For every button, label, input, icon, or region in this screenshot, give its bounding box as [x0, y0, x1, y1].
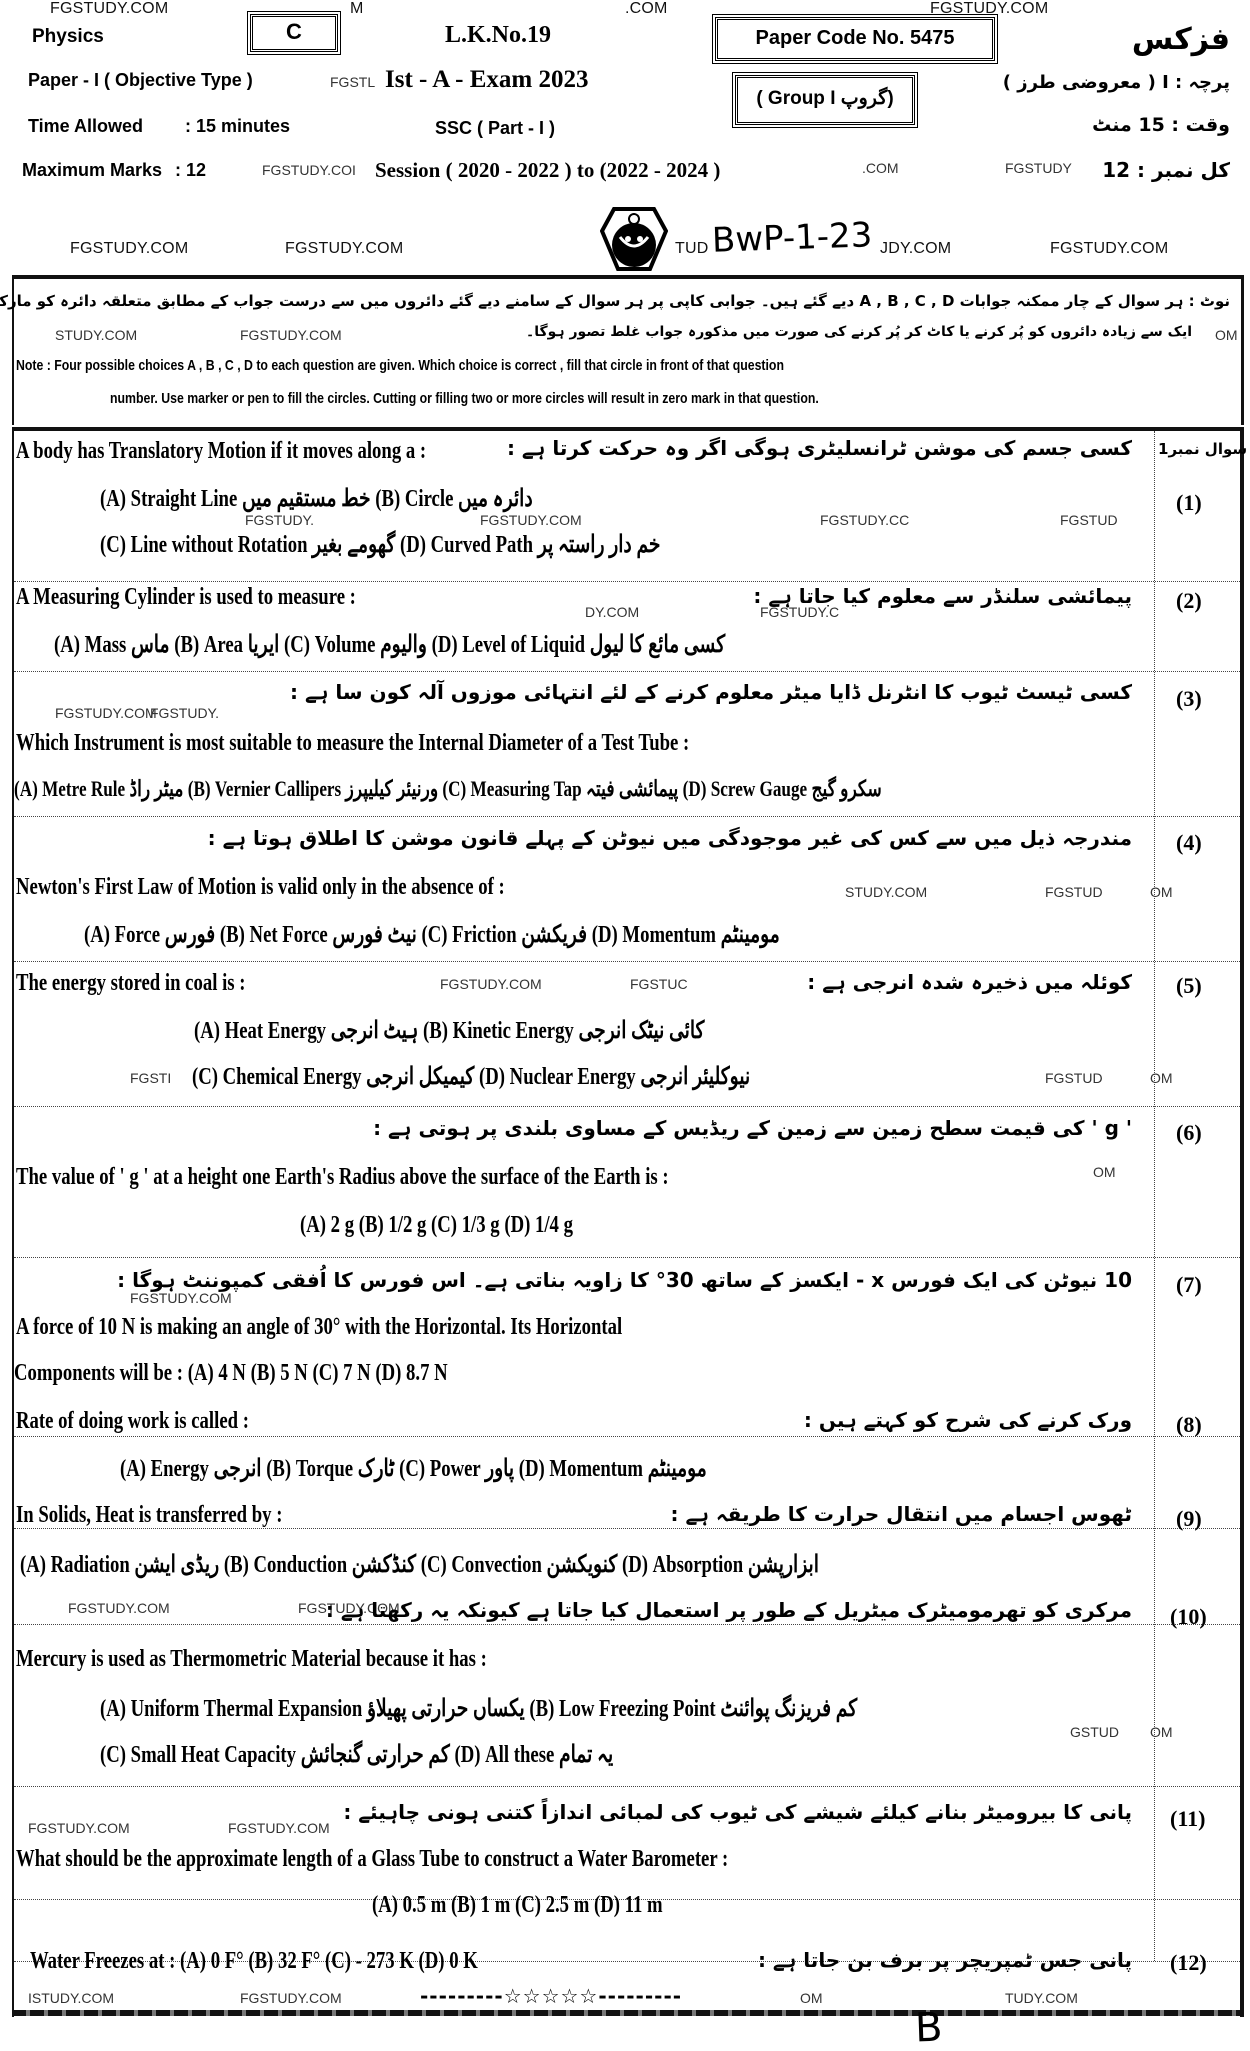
question-3-urdu: کسی ٹیسٹ ٹیوب کا انٹرنل ڈایا میٹر معلوم …	[290, 680, 1132, 704]
question-10-options-c-d: (C) Small Heat Capacity کم حرارتی گنجائش…	[100, 1740, 613, 1769]
watermark: FGSTUDY	[1005, 160, 1072, 176]
watermark: OM	[800, 1990, 823, 2006]
question-10-urdu: مرکری کو تھرمومیٹرک میٹریل کے طور پر است…	[326, 1598, 1132, 1622]
question-5-options-c-d: (C) Chemical Energy کیمیکل انرجی (D) Nuc…	[192, 1062, 750, 1091]
question-11-options: (A) 0.5 m (B) 1 m (C) 2.5 m (D) 11 m	[372, 1892, 663, 1919]
watermark: FGSTUDY.COM	[285, 240, 403, 258]
question-number: (8)	[1176, 1412, 1202, 1438]
question-1-urdu: کسی جسم کی موشن ٹرانسلیٹری ہوگی اگر وہ ح…	[507, 436, 1132, 460]
watermark: FGSTUD	[1045, 884, 1103, 900]
question-number: (4)	[1176, 830, 1202, 856]
watermark: STUDY.COM	[55, 327, 137, 343]
handwritten-mark: B	[914, 2005, 943, 2051]
watermark: FGSTUDY.	[245, 512, 314, 528]
watermark: TUDY.COM	[1005, 1990, 1078, 2006]
question-8-options: (A) Energy انرجی (B) Torque ٹارک (C) Pow…	[120, 1454, 707, 1483]
watermark: FGSTUC	[630, 976, 688, 992]
board-logo-icon	[600, 205, 668, 275]
question-1-options-c-d: (C) Line without Rotation گھومے بغیر (D)…	[100, 530, 660, 559]
question-5-options-a-b: (A) Heat Energy ہیٹ انرجی (B) Kinetic En…	[194, 1016, 704, 1045]
question-7-english: A force of 10 N is making an angle of 30…	[16, 1314, 622, 1341]
watermark: ISTUDY.COM	[28, 1990, 114, 2006]
row-divider	[14, 671, 1240, 672]
section-label: سوال نمبر1	[1158, 440, 1247, 458]
watermark: FGSTUDY.COM	[70, 240, 188, 258]
watermark: OM	[1215, 327, 1238, 343]
question-number: (1)	[1176, 490, 1202, 516]
watermark: FGSTUDY.COI	[262, 162, 356, 178]
question-10-options-a-b: (A) Uniform Thermal Expansion یکساں حرار…	[100, 1694, 857, 1723]
note-urdu-line1: نوٹ : ہر سوال کے چار ممکنہ جوابات A , B …	[0, 292, 1230, 310]
watermark: STUDY.COM	[845, 884, 927, 900]
question-number: (11)	[1170, 1806, 1205, 1832]
version-box: C	[250, 14, 338, 52]
watermark: FGSTUD	[1045, 1070, 1103, 1086]
watermark: FGSTUDY.COM	[50, 0, 168, 18]
question-9-english: In Solids, Heat is transferred by :	[16, 1502, 282, 1529]
max-marks-value: : 12	[175, 160, 206, 181]
watermark: M	[350, 0, 364, 18]
question-6-english: The value of ' g ' at a height one Earth…	[16, 1164, 669, 1191]
watermark: OM	[1093, 1164, 1116, 1180]
end-of-paper-stars: ---------☆☆☆☆☆---------	[420, 1984, 682, 2008]
note-english-line2: number. Use marker or pen to fill the ci…	[110, 390, 819, 407]
question-6-urdu: ' g ' کی قیمت سطح زمین سے زمین کے ریڈیس …	[373, 1116, 1132, 1140]
watermark: TUD	[675, 240, 708, 258]
watermark: FGSTUDY.COM	[240, 1990, 342, 2006]
row-divider	[14, 581, 1240, 582]
subject-english: Physics	[32, 26, 104, 48]
group-label: ( Group I گروپ)	[756, 88, 893, 109]
question-11-urdu: پانی کا بیرومیٹر بنانے کیلئے شیشے کی ٹیو…	[343, 1800, 1132, 1824]
row-divider	[14, 816, 1240, 817]
session: Session ( 2020 - 2022 ) to (2022 - 2024 …	[375, 158, 720, 183]
question-number: (9)	[1176, 1506, 1202, 1532]
row-divider	[14, 961, 1240, 962]
row-divider	[14, 1436, 1240, 1437]
question-4-options: (A) Force فورس (B) Net Force نیٹ فورس (C…	[84, 920, 780, 949]
watermark: FGSTUDY.COM	[28, 1820, 130, 1836]
watermark: .COM	[625, 0, 668, 18]
question-8-urdu: ورک کرنے کی شرح کو کہتے ہیں :	[804, 1408, 1132, 1432]
watermark: OM	[1150, 884, 1173, 900]
question-7-options: Components will be : (A) 4 N (B) 5 N (C)…	[14, 1360, 448, 1387]
time-urdu: وقت : 15 منٹ	[1092, 114, 1230, 136]
question-11-english: What should be the approximate length of…	[16, 1846, 728, 1873]
watermark: FGSTUDY.COM	[130, 1290, 232, 1306]
questions-table	[12, 427, 1244, 2017]
watermark: FGSTL	[330, 74, 375, 90]
question-4-urdu: مندرجہ ذیل میں سے کس کی غیر موجودگی میں …	[208, 826, 1132, 850]
question-number: (10)	[1170, 1604, 1207, 1630]
question-5-urdu: کوئلہ میں ذخیرہ شدہ انرجی ہے :	[807, 970, 1132, 994]
question-4-english: Newton's First Law of Motion is valid on…	[16, 874, 505, 901]
question-3-options: (A) Metre Rule میٹر راڈ (B) Vernier Call…	[14, 776, 882, 802]
watermark: JDY.COM	[880, 240, 951, 258]
watermark: FGSTUD	[1060, 512, 1118, 528]
watermark: FGSTUDY.COM	[228, 1820, 330, 1836]
watermark: OM	[1150, 1070, 1173, 1086]
question-number: (12)	[1170, 1950, 1207, 1976]
question-12-urdu: پانی جس ٹمپریچر پر برف بن جاتا ہے :	[758, 1948, 1132, 1972]
question-number: (3)	[1176, 686, 1202, 712]
watermark: .COM	[862, 160, 899, 176]
exam-title: Ist - A - Exam 2023	[385, 66, 588, 94]
question-number: (2)	[1176, 588, 1202, 614]
question-number: (7)	[1176, 1272, 1202, 1298]
question-2-english: A Measuring Cylinder is used to measure …	[16, 584, 356, 611]
note-english-line1: Note : Four possible choices A , B , C ,…	[16, 357, 784, 374]
question-2-options: (A) Mass ماس (B) Area ایریا (C) Volume و…	[54, 630, 725, 659]
handwritten-code: BwP-1-23	[711, 215, 873, 261]
paper-code-box: Paper Code No. 5475	[715, 17, 995, 61]
row-divider	[14, 1257, 1240, 1258]
question-12-english: Water Freezes at : (A) 0 F° (B) 32 F° (C…	[30, 1948, 478, 1975]
question-3-english: Which Instrument is most suitable to mea…	[16, 730, 689, 757]
question-7-urdu: 10 نیوٹن کی ایک فورس x - ایکسز کے ساتھ 3…	[117, 1268, 1132, 1292]
row-divider	[14, 1786, 1240, 1787]
note-urdu-line2: ایک سے زیادہ دائروں کو پُر کرنے یا کاٹ ک…	[526, 324, 1192, 340]
paper-type-urdu: پرچہ : I ( معروضی طرز )	[1003, 72, 1230, 93]
watermark: FGSTUDY.COM	[480, 512, 582, 528]
subject-urdu: فزکس	[1132, 22, 1230, 57]
watermark: DY.COM	[585, 604, 639, 620]
time-allowed-label: Time Allowed	[28, 116, 143, 137]
row-divider	[14, 1624, 1240, 1625]
watermark: FGSTUDY.COM	[240, 327, 342, 343]
watermark: GSTUD	[1070, 1724, 1119, 1740]
row-divider	[14, 1106, 1240, 1107]
watermark: FGSTUDY.COM	[440, 976, 542, 992]
question-number: (5)	[1176, 973, 1202, 999]
watermark: OM	[1150, 1724, 1173, 1740]
time-allowed-value: : 15 minutes	[185, 116, 290, 137]
question-1-english: A body has Translatory Motion if it move…	[16, 438, 426, 465]
max-marks-label: Maximum Marks	[22, 160, 162, 181]
lk-number: L.K.No.19	[445, 22, 551, 49]
question-5-english: The energy stored in coal is :	[16, 970, 245, 997]
question-9-options: (A) Radiation ریڈی ایشن (B) Conduction ک…	[20, 1550, 819, 1579]
watermark: FGSTUDY.C	[760, 604, 839, 620]
watermark: FGSTUDY.COM	[55, 705, 157, 721]
question-10-english: Mercury is used as Thermometric Material…	[16, 1646, 487, 1673]
bottom-border	[12, 2010, 1244, 2016]
question-number: (6)	[1176, 1120, 1202, 1146]
group-box: ( Group I گروپ)	[735, 75, 915, 125]
question-6-options: (A) 2 g (B) 1/2 g (C) 1/3 g (D) 1/4 g	[300, 1212, 573, 1239]
question-8-english: Rate of doing work is called :	[16, 1408, 249, 1435]
max-marks-urdu: کل نمبر : 12	[1102, 158, 1230, 182]
question-1-options-a-b: (A) Straight Line خط مستقیم میں (B) Circ…	[100, 484, 533, 513]
watermark: FGSTUDY.COM	[1050, 240, 1168, 258]
paper-type: Paper - I ( Objective Type )	[28, 70, 253, 91]
watermark: FGSTI	[130, 1070, 171, 1086]
watermark: FGSTUDY.	[150, 705, 219, 721]
watermark: FGSTUDY.CC	[820, 512, 909, 528]
class-label: SSC ( Part - I )	[435, 118, 555, 139]
version-letter: C	[286, 19, 302, 44]
question-9-urdu: ٹھوس اجسام میں انتقال حرارت کا طریقہ ہے …	[671, 1502, 1132, 1526]
paper-code: Paper Code No. 5475	[756, 27, 955, 49]
watermark: FGSTUDY.COM	[930, 0, 1048, 18]
watermark: FGSTUDY.COM	[68, 1600, 170, 1616]
